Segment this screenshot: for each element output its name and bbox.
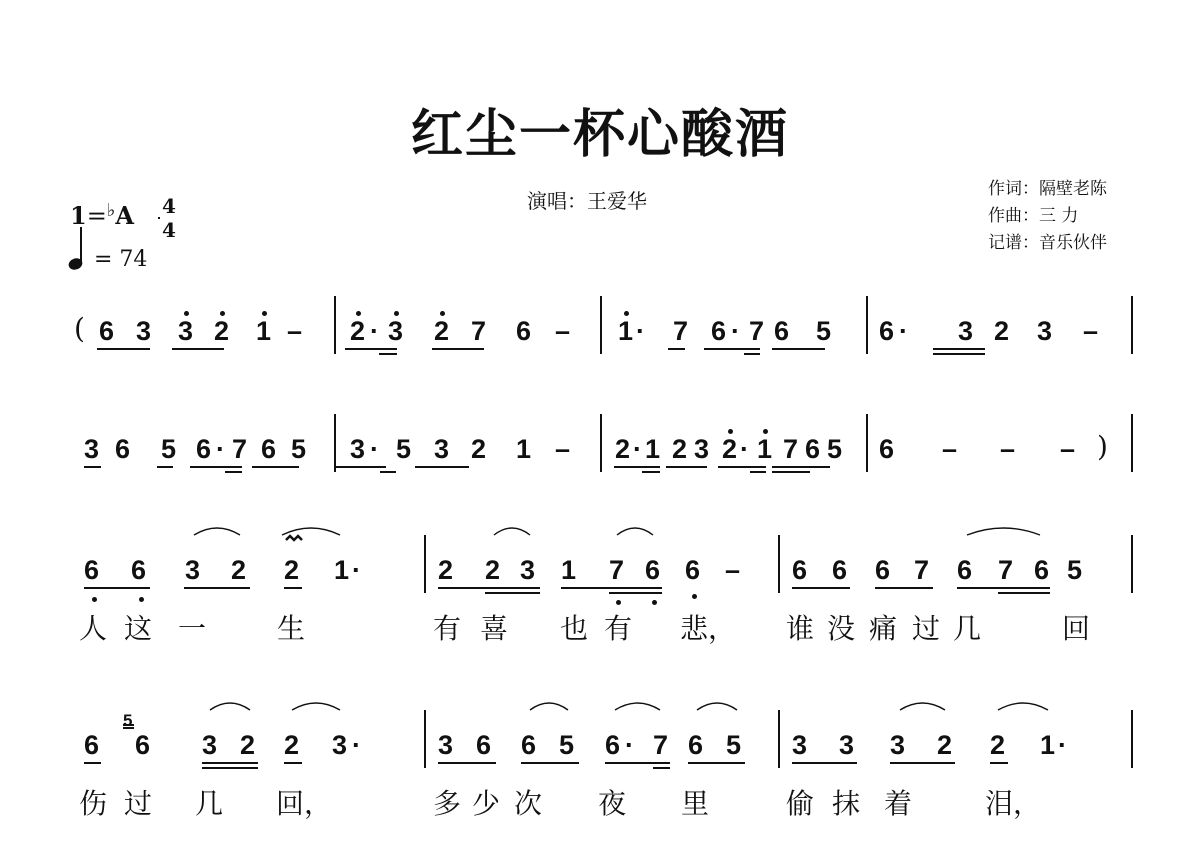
barline bbox=[1131, 296, 1133, 354]
note: 3 bbox=[1037, 316, 1052, 346]
lyric-syllable: 痛 bbox=[869, 613, 897, 645]
note: 2 bbox=[672, 434, 687, 464]
note: 2 bbox=[231, 555, 246, 585]
lyric-syllable: 多 bbox=[433, 788, 461, 820]
note: 6 bbox=[84, 555, 99, 585]
underline-beam bbox=[380, 471, 396, 473]
slur-arc bbox=[900, 700, 945, 712]
augmentation-dot: · bbox=[740, 434, 749, 464]
underline-beam bbox=[334, 466, 386, 468]
underline-beam bbox=[97, 348, 150, 350]
parenthesis: ( bbox=[74, 312, 85, 345]
note: 6 bbox=[774, 316, 789, 346]
augmentation-dot: · bbox=[625, 730, 634, 760]
barline bbox=[1131, 414, 1133, 472]
octave-dot-below bbox=[139, 597, 144, 602]
lyric-syllable: 生 bbox=[277, 613, 305, 645]
slur-arc bbox=[282, 525, 340, 537]
slur-arc bbox=[494, 525, 530, 537]
octave-dot-above bbox=[440, 311, 445, 316]
note: 6 bbox=[516, 316, 531, 346]
note: 2 bbox=[284, 555, 299, 585]
grace-underline bbox=[123, 724, 134, 726]
dash-extension: – bbox=[725, 555, 740, 585]
underline-beam bbox=[957, 587, 1050, 589]
note: 6 bbox=[645, 555, 660, 585]
note: 3 bbox=[202, 730, 217, 760]
slur-arc bbox=[967, 525, 1040, 537]
note: 6 bbox=[879, 316, 894, 346]
note: 6 bbox=[521, 730, 536, 760]
note: 6 bbox=[84, 730, 99, 760]
note: 5 bbox=[1067, 555, 1082, 585]
lyric-syllable: 过 bbox=[124, 788, 152, 820]
underline-beam bbox=[561, 587, 662, 589]
octave-dot-below bbox=[692, 594, 697, 599]
lyric-syllable: 这 bbox=[124, 613, 152, 645]
slur-arc bbox=[292, 700, 340, 712]
note: 3 bbox=[388, 316, 403, 346]
note: 3 bbox=[839, 730, 854, 760]
underline-beam bbox=[998, 592, 1050, 594]
lyric-syllable: 着 bbox=[884, 788, 912, 820]
note: 6 bbox=[957, 555, 972, 585]
note: 2 bbox=[214, 316, 229, 346]
underline-beam bbox=[379, 353, 397, 355]
note: 7 bbox=[653, 730, 668, 760]
note: 7 bbox=[232, 434, 247, 464]
note: 6 bbox=[135, 730, 150, 760]
note: 2 bbox=[722, 434, 737, 464]
barline bbox=[778, 710, 780, 768]
augmentation-dot: · bbox=[1058, 730, 1067, 760]
note: 2 bbox=[994, 316, 1009, 346]
barline bbox=[600, 414, 602, 472]
time-signature: 4 4 bbox=[158, 196, 180, 240]
underline-beam bbox=[184, 587, 250, 589]
augmentation-dot: · bbox=[352, 555, 361, 585]
dash-extension: – bbox=[1000, 434, 1015, 464]
underline-beam bbox=[772, 466, 830, 468]
augmentation-dot: · bbox=[216, 434, 225, 464]
underline-beam bbox=[84, 762, 101, 764]
note: 6 bbox=[711, 316, 726, 346]
barline bbox=[424, 710, 426, 768]
note: 1 bbox=[256, 316, 271, 346]
note: 3 bbox=[84, 434, 99, 464]
slur-arc bbox=[530, 700, 568, 712]
underline-beam bbox=[990, 762, 1008, 764]
octave-dot-above bbox=[220, 311, 225, 316]
underline-beam bbox=[415, 466, 469, 468]
lyric-syllable: 谁 bbox=[786, 613, 814, 645]
barline bbox=[1131, 535, 1133, 593]
slur-arc bbox=[194, 525, 240, 537]
underline-beam bbox=[750, 471, 766, 473]
augmentation-dot: · bbox=[636, 316, 645, 346]
underline-beam bbox=[605, 762, 670, 764]
octave-dot-above bbox=[763, 429, 768, 434]
underline-beam bbox=[688, 762, 745, 764]
octave-dot-below bbox=[92, 597, 97, 602]
credits-block: 作词：隔壁老陈 作曲：三 力 记谱：音乐伙伴 bbox=[988, 176, 1107, 257]
note: 6 bbox=[688, 730, 703, 760]
lyric-syllable: 泪， bbox=[985, 788, 1041, 820]
note: 2 bbox=[434, 316, 449, 346]
underline-beam bbox=[284, 762, 302, 764]
composer-credit: 作曲：三 力 bbox=[988, 203, 1107, 230]
note: 6 bbox=[792, 555, 807, 585]
note: 1 bbox=[757, 434, 772, 464]
note: 7 bbox=[749, 316, 764, 346]
note: 2 bbox=[350, 316, 365, 346]
note: 6 bbox=[115, 434, 130, 464]
time-sig-line bbox=[158, 217, 160, 219]
augmentation-dot: · bbox=[352, 730, 361, 760]
lyric-syllable: 也 bbox=[560, 613, 588, 645]
note: 7 bbox=[471, 316, 486, 346]
note: 5 bbox=[291, 434, 306, 464]
slur-arc bbox=[210, 700, 250, 712]
note: 3 bbox=[520, 555, 535, 585]
grace-underline bbox=[123, 727, 134, 729]
note: 2 bbox=[937, 730, 952, 760]
lyric-syllable: 次 bbox=[514, 788, 542, 820]
barline bbox=[334, 296, 336, 354]
underline-beam bbox=[772, 471, 810, 473]
lyric-syllable: 夜 bbox=[598, 788, 626, 820]
time-sig-top: 4 bbox=[158, 196, 180, 216]
octave-dot-below bbox=[616, 600, 621, 605]
underline-beam bbox=[875, 587, 933, 589]
underline-beam bbox=[284, 587, 302, 589]
note: 3 bbox=[792, 730, 807, 760]
note: 3 bbox=[350, 434, 365, 464]
tempo-marking: = 74 bbox=[94, 247, 147, 272]
underline-beam bbox=[890, 762, 955, 764]
underline-beam bbox=[668, 348, 685, 350]
grace-note: 5 bbox=[123, 706, 132, 736]
dash-extension: – bbox=[1060, 434, 1075, 464]
underline-beam bbox=[84, 587, 150, 589]
underline-beam bbox=[642, 471, 660, 473]
lyric-syllable: 伤 bbox=[79, 788, 107, 820]
note: 6 bbox=[605, 730, 620, 760]
quarter-note-icon bbox=[68, 225, 84, 271]
note: 7 bbox=[914, 555, 929, 585]
dash-extension: – bbox=[942, 434, 957, 464]
lyric-syllable: 喜 bbox=[480, 613, 508, 645]
barline bbox=[1131, 710, 1133, 768]
note: 7 bbox=[998, 555, 1013, 585]
underline-beam bbox=[202, 767, 258, 769]
note: 1 bbox=[645, 434, 660, 464]
note: 7 bbox=[783, 434, 798, 464]
lyric-syllable: 悲， bbox=[680, 613, 736, 645]
note: 2 bbox=[438, 555, 453, 585]
underline-beam bbox=[792, 587, 850, 589]
augmentation-dot: · bbox=[899, 316, 908, 346]
octave-dot-above bbox=[394, 311, 399, 316]
underline-beam bbox=[225, 471, 242, 473]
underline-beam bbox=[772, 348, 825, 350]
underline-beam bbox=[438, 587, 540, 589]
lyric-syllable: 有 bbox=[604, 613, 632, 645]
underline-beam bbox=[438, 762, 496, 764]
slur-arc bbox=[998, 700, 1048, 712]
dash-extension: – bbox=[555, 316, 570, 346]
note: 2 bbox=[240, 730, 255, 760]
note: 6 bbox=[476, 730, 491, 760]
underline-beam bbox=[744, 353, 760, 355]
song-title: 红尘一杯心酸酒 bbox=[0, 92, 1200, 167]
note: 1 bbox=[516, 434, 531, 464]
lyric-syllable: 里 bbox=[681, 788, 709, 820]
augmentation-dot: · bbox=[731, 316, 740, 346]
note: 5 bbox=[396, 434, 411, 464]
note: 2 bbox=[284, 730, 299, 760]
underline-beam bbox=[609, 592, 662, 594]
note: 6 bbox=[832, 555, 847, 585]
time-sig-bottom: 4 bbox=[158, 220, 180, 240]
lyric-syllable: 人 bbox=[79, 613, 107, 645]
octave-dot-below bbox=[652, 600, 657, 605]
underline-beam bbox=[432, 348, 484, 350]
note: 5 bbox=[559, 730, 574, 760]
underline-beam bbox=[653, 767, 670, 769]
octave-dot-above bbox=[728, 429, 733, 434]
note: 6 bbox=[99, 316, 114, 346]
lyric-syllable: 回 bbox=[1062, 613, 1090, 645]
lyric-syllable: 回， bbox=[276, 788, 332, 820]
note: 1 bbox=[1040, 730, 1055, 760]
note: 7 bbox=[609, 555, 624, 585]
note: 6 bbox=[875, 555, 890, 585]
slur-arc bbox=[697, 700, 737, 712]
octave-dot-above bbox=[262, 311, 267, 316]
note: 6 bbox=[879, 434, 894, 464]
note: 3 bbox=[178, 316, 193, 346]
underline-beam bbox=[666, 466, 707, 468]
lyric-syllable: 几 bbox=[953, 613, 981, 645]
note: 1 bbox=[618, 316, 633, 346]
octave-dot-above bbox=[356, 311, 361, 316]
lyricist-credit: 作词：隔壁老陈 bbox=[988, 176, 1107, 203]
note: 2 bbox=[615, 434, 630, 464]
lyric-syllable: 几 bbox=[195, 788, 223, 820]
note: 3 bbox=[890, 730, 905, 760]
underline-beam bbox=[172, 348, 224, 350]
barline bbox=[778, 535, 780, 593]
note: 1 bbox=[561, 555, 576, 585]
underline-beam bbox=[933, 348, 985, 350]
note: 3 bbox=[694, 434, 709, 464]
underline-beam bbox=[190, 466, 242, 468]
note: 2 bbox=[990, 730, 1005, 760]
note: 3 bbox=[434, 434, 449, 464]
lyric-syllable: 没 bbox=[827, 613, 855, 645]
key-equals: = bbox=[87, 202, 107, 230]
note: 1 bbox=[334, 555, 349, 585]
note: 5 bbox=[827, 434, 842, 464]
barline bbox=[334, 414, 336, 472]
underline-beam bbox=[157, 466, 173, 468]
underline-beam bbox=[521, 762, 579, 764]
note: 3 bbox=[136, 316, 151, 346]
note: 5 bbox=[161, 434, 176, 464]
note: 6 bbox=[131, 555, 146, 585]
underline-beam bbox=[718, 466, 766, 468]
augmentation-dot: · bbox=[633, 434, 642, 464]
parenthesis: ) bbox=[1097, 430, 1108, 463]
note: 5 bbox=[726, 730, 741, 760]
lyric-syllable: 一 bbox=[178, 613, 206, 645]
augmentation-dot: · bbox=[370, 434, 379, 464]
dash-extension: – bbox=[1083, 316, 1098, 346]
octave-dot-above bbox=[624, 311, 629, 316]
note: 3 bbox=[438, 730, 453, 760]
singer-credit: 演唱：王爱华 bbox=[527, 185, 647, 214]
underline-beam bbox=[704, 348, 760, 350]
note: 3 bbox=[332, 730, 347, 760]
underline-beam bbox=[792, 762, 857, 764]
slur-arc bbox=[615, 700, 660, 712]
lyric-syllable: 有 bbox=[433, 613, 461, 645]
note: 6 bbox=[261, 434, 276, 464]
note: 5 bbox=[816, 316, 831, 346]
note: 2 bbox=[471, 434, 486, 464]
barline bbox=[600, 296, 602, 354]
lyric-syllable: 抹 bbox=[832, 788, 860, 820]
underline-beam bbox=[485, 592, 540, 594]
underline-beam bbox=[614, 466, 660, 468]
transcriber-credit: 记谱：音乐伙伴 bbox=[988, 230, 1107, 257]
octave-dot-above bbox=[184, 311, 189, 316]
note: 6 bbox=[1034, 555, 1049, 585]
note: 3 bbox=[185, 555, 200, 585]
note: 6 bbox=[685, 555, 700, 585]
underline-beam bbox=[202, 762, 258, 764]
underline-beam bbox=[84, 466, 101, 468]
barline bbox=[424, 535, 426, 593]
underline-beam bbox=[252, 466, 299, 468]
lyric-syllable: 少 bbox=[472, 788, 500, 820]
key-letter: A bbox=[115, 201, 134, 230]
note: 2 bbox=[485, 555, 500, 585]
note: 6 bbox=[805, 434, 820, 464]
underline-beam bbox=[345, 348, 397, 350]
lyric-syllable: 过 bbox=[912, 613, 940, 645]
barline bbox=[866, 414, 868, 472]
dash-extension: – bbox=[555, 434, 570, 464]
note: 3 bbox=[958, 316, 973, 346]
underline-beam bbox=[933, 353, 985, 355]
dash-extension: – bbox=[287, 316, 302, 346]
slur-arc bbox=[617, 525, 653, 537]
note: 6 bbox=[196, 434, 211, 464]
augmentation-dot: · bbox=[370, 316, 379, 346]
lyric-syllable: 偷 bbox=[786, 788, 814, 820]
note: 7 bbox=[673, 316, 688, 346]
barline bbox=[866, 296, 868, 354]
